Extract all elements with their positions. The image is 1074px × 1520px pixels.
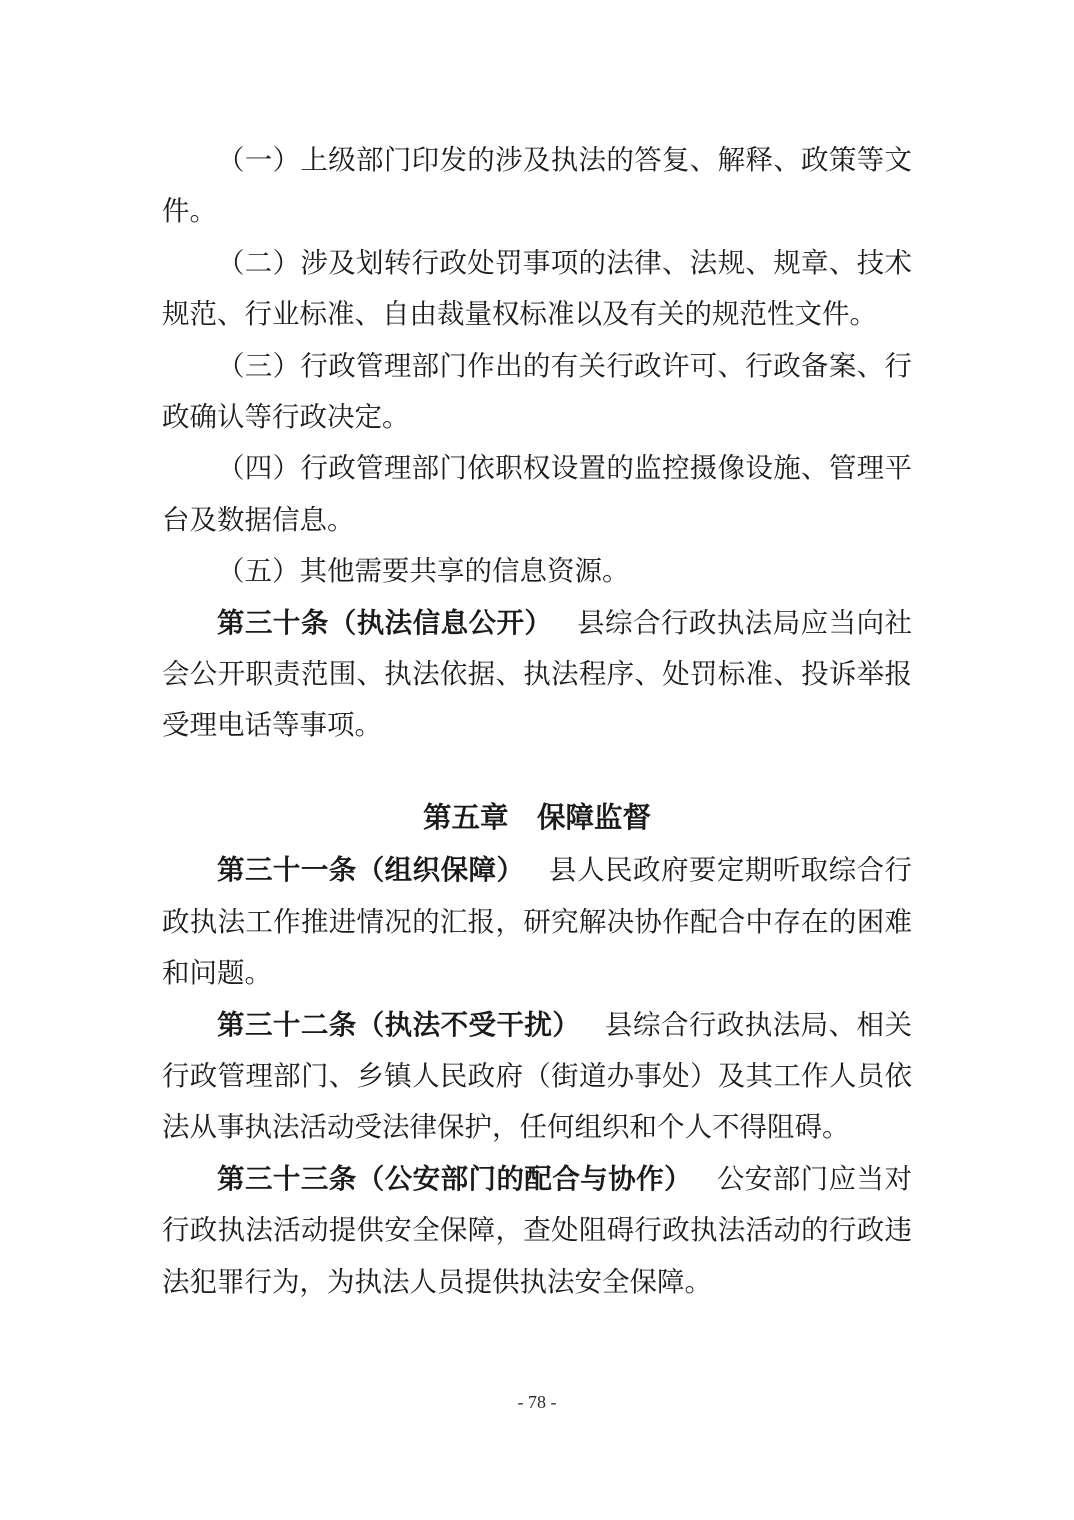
article-paragraph: 第三十一条（组织保障）县人民政府要定期听取综合行政执法工作推进情况的汇报，研究解… — [162, 844, 912, 998]
article-number-heading: 第三十二条（执法不受干扰） — [217, 1009, 580, 1040]
article-number-heading: 第三十三条（公安部门的配合与协作） — [217, 1163, 692, 1194]
list-item-paragraph: （一）上级部门印发的涉及执法的答复、解释、政策等文件。 — [162, 134, 912, 237]
chapter-heading: 第五章 保障监督 — [162, 793, 912, 844]
article-paragraph: 第三十条（执法信息公开）县综合行政执法局应当向社会公开职责范围、执法依据、执法程… — [162, 597, 912, 751]
list-item-paragraph: （五）其他需要共享的信息资源。 — [162, 545, 912, 596]
article-paragraph: 第三十三条（公安部门的配合与协作）公安部门应当对行政执法活动提供安全保障，查处阻… — [162, 1153, 912, 1307]
paragraph-text: （三）行政管理部门作出的有关行政许可、行政备案、行政确认等行政决定。 — [162, 350, 912, 432]
article-number-heading: 第三十一条（组织保障） — [217, 854, 524, 885]
document-body: （一）上级部门印发的涉及执法的答复、解释、政策等文件。 （二）涉及划转行政处罚事… — [162, 134, 912, 1307]
page-number: - 78 - — [0, 1392, 1074, 1413]
list-item-paragraph: （三）行政管理部门作出的有关行政许可、行政备案、行政确认等行政决定。 — [162, 340, 912, 443]
paragraph-text: （五）其他需要共享的信息资源。 — [217, 555, 630, 586]
paragraph-text: （四）行政管理部门依职权设置的监控摄像设施、管理平台及数据信息。 — [162, 452, 912, 534]
article-number-heading: 第三十条（执法信息公开） — [217, 607, 552, 638]
article-paragraph: 第三十二条（执法不受干扰）县综合行政执法局、相关行政管理部门、乡镇人民政府（街道… — [162, 999, 912, 1153]
paragraph-text: （一）上级部门印发的涉及执法的答复、解释、政策等文件。 — [162, 144, 912, 226]
list-item-paragraph: （四）行政管理部门依职权设置的监控摄像设施、管理平台及数据信息。 — [162, 442, 912, 545]
document-page: （一）上级部门印发的涉及执法的答复、解释、政策等文件。 （二）涉及划转行政处罚事… — [0, 0, 1074, 1520]
list-item-paragraph: （二）涉及划转行政处罚事项的法律、法规、规章、技术规范、行业标准、自由裁量权标准… — [162, 237, 912, 340]
paragraph-text: （二）涉及划转行政处罚事项的法律、法规、规章、技术规范、行业标准、自由裁量权标准… — [162, 247, 912, 329]
